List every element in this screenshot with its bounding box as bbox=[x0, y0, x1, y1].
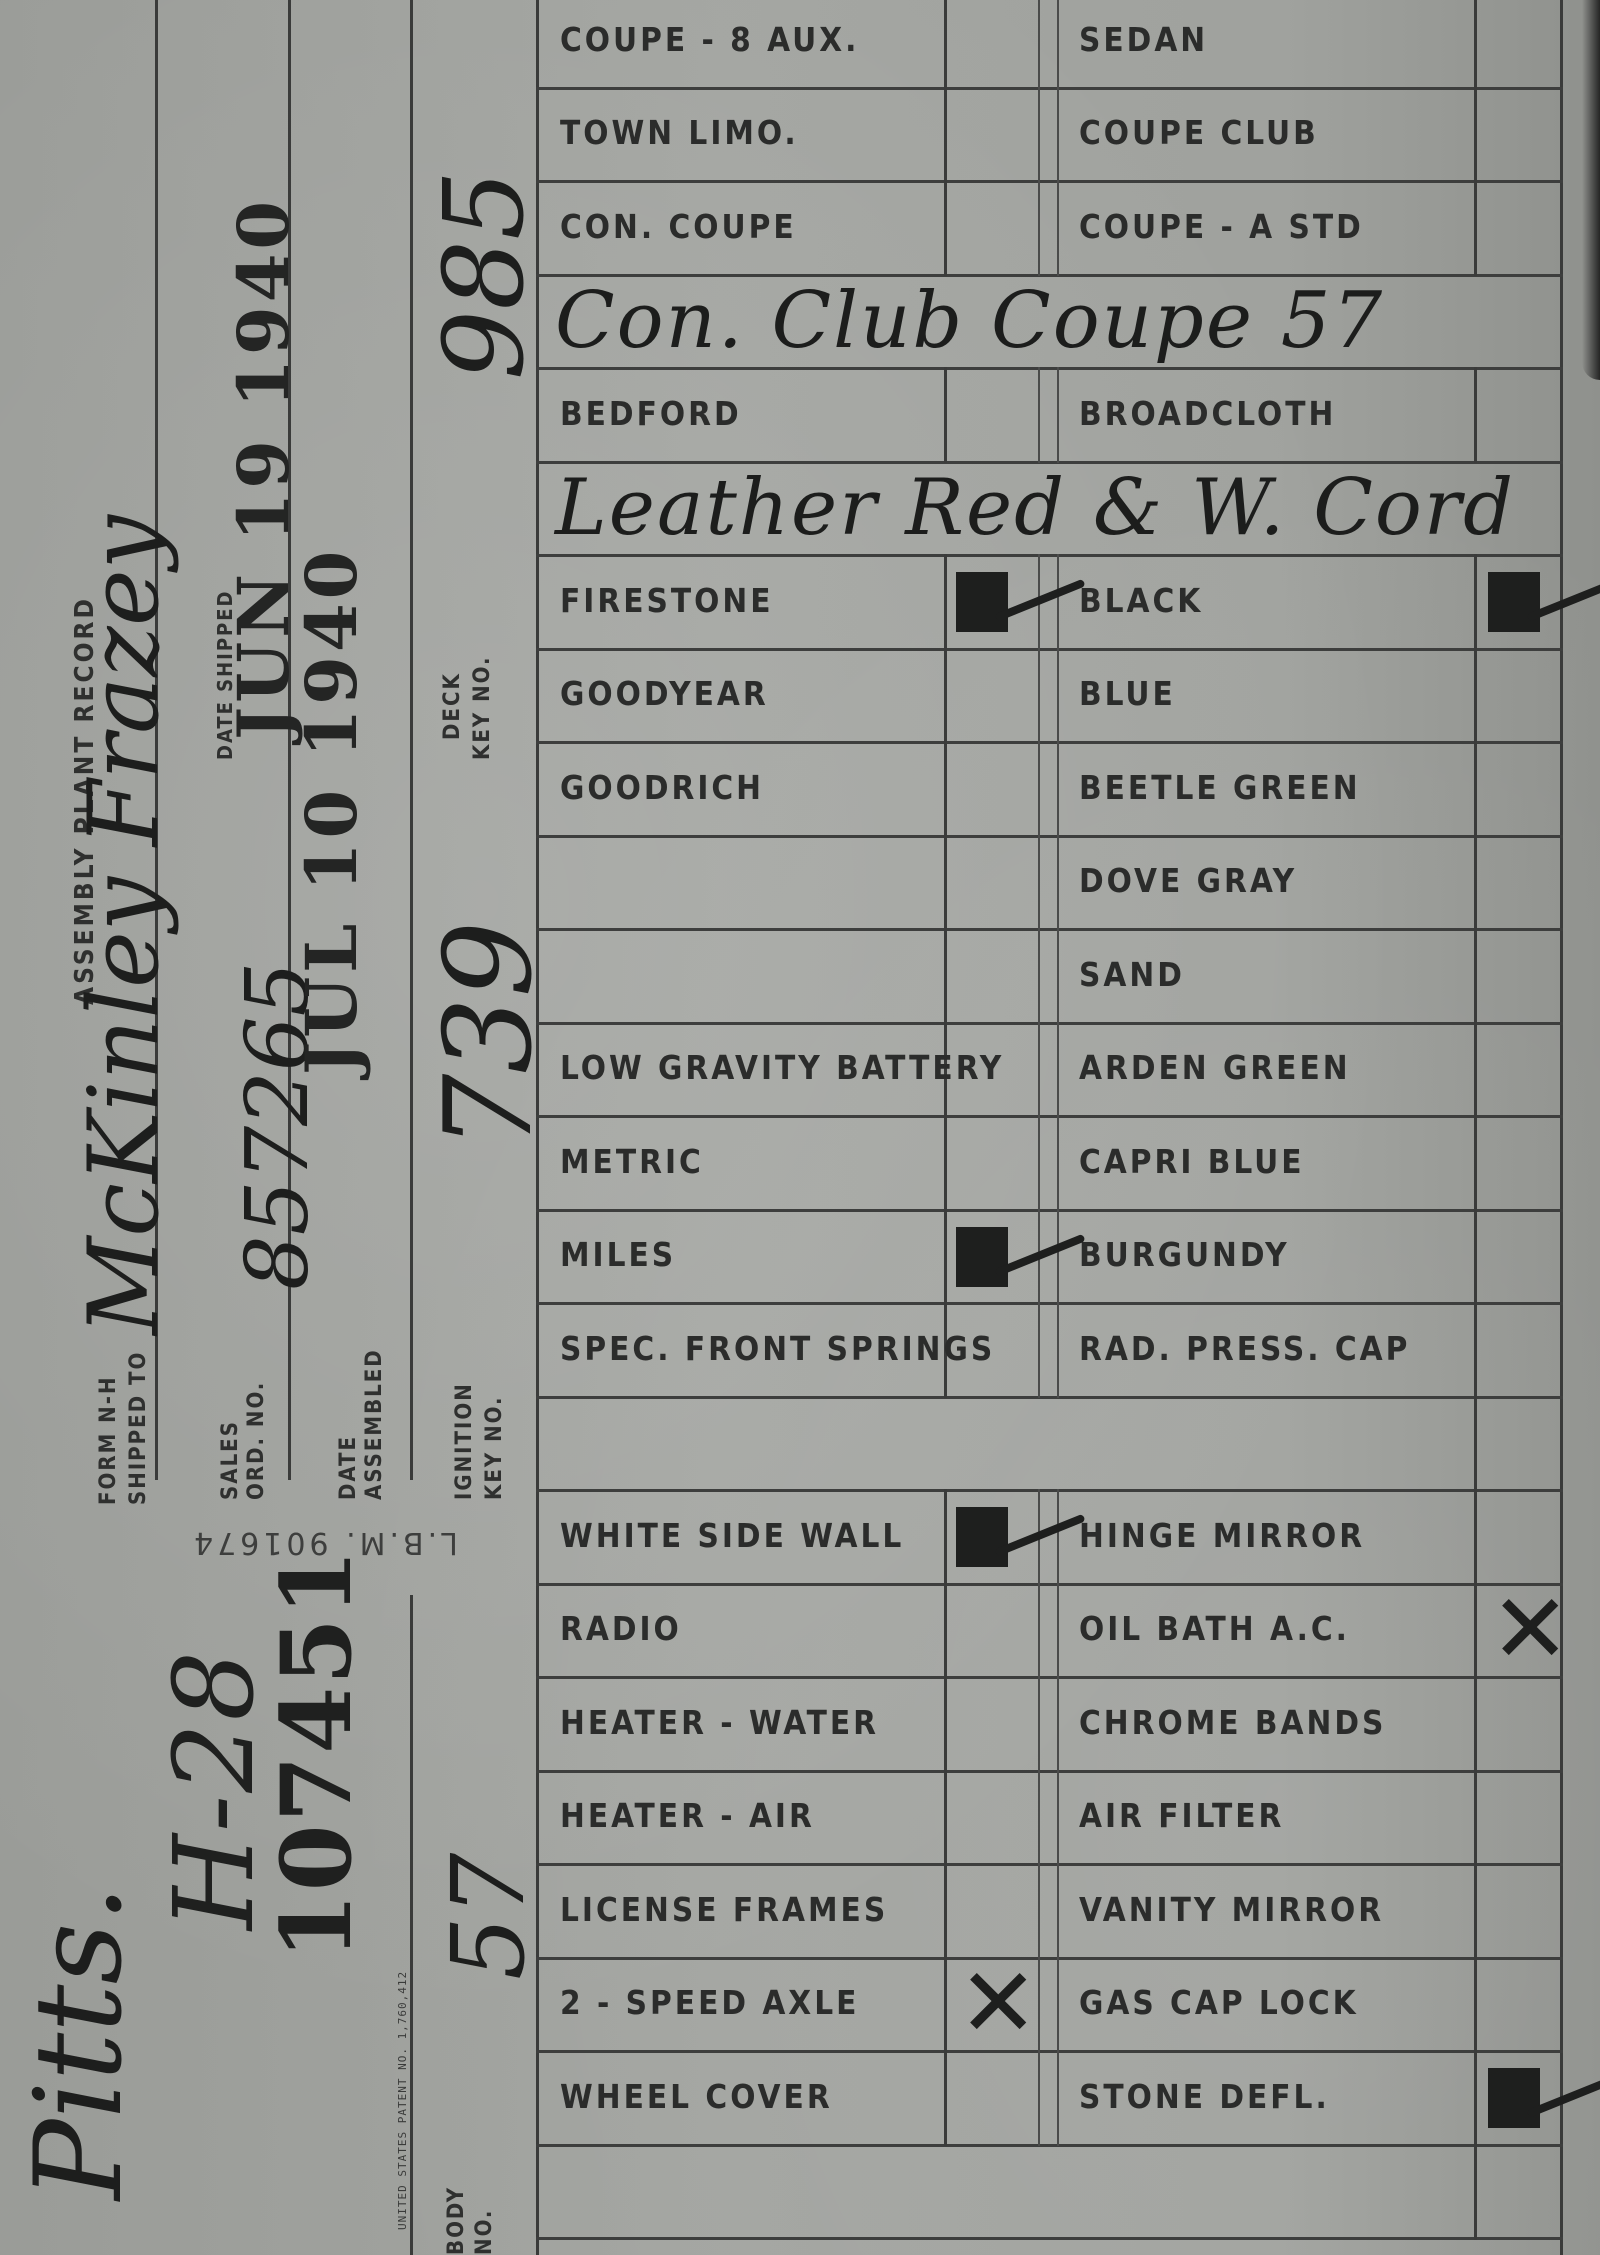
column-divider bbox=[944, 87, 947, 183]
row-divider bbox=[536, 835, 1563, 838]
inspector-signature: Pitts. bbox=[10, 1885, 149, 2200]
row-divider bbox=[536, 1115, 1563, 1118]
column-divider bbox=[1057, 554, 1059, 650]
row-divider bbox=[536, 1302, 1563, 1305]
right-checkmark-icon bbox=[1488, 2068, 1540, 2128]
row-divider bbox=[536, 1957, 1563, 1960]
row-divider bbox=[536, 1489, 1563, 1492]
option-label-left: METRIC bbox=[560, 1142, 704, 1181]
option-label-left: 2 - SPEED AXLE bbox=[560, 1983, 859, 2022]
column-divider bbox=[944, 2050, 947, 2146]
option-label-right: DOVE GRAY bbox=[1079, 861, 1297, 900]
row-divider bbox=[536, 180, 1563, 183]
column-divider bbox=[1057, 180, 1059, 276]
column-divider bbox=[1474, 2050, 1477, 2146]
column-divider bbox=[1474, 1489, 1477, 1585]
column-divider bbox=[1057, 0, 1059, 89]
column-divider bbox=[1474, 2144, 1477, 2240]
left-checkmark-icon bbox=[956, 572, 1008, 632]
column-divider bbox=[1057, 2050, 1059, 2146]
left-checkmark-tail bbox=[995, 1514, 1086, 1557]
option-label-right: BEETLE GREEN bbox=[1079, 768, 1361, 807]
column-divider bbox=[1038, 1676, 1040, 1772]
column-divider bbox=[1038, 835, 1040, 931]
option-label-left: LICENSE FRAMES bbox=[560, 1890, 888, 1929]
column-divider bbox=[1038, 87, 1040, 183]
handwritten-entry: Con. Club Coupe 57 bbox=[555, 276, 1384, 366]
row-divider bbox=[536, 648, 1563, 651]
handwritten-entry: Leather Red & W. Cord bbox=[555, 463, 1515, 553]
row-divider bbox=[536, 1770, 1563, 1773]
column-divider bbox=[1057, 1583, 1059, 1679]
option-label-left: LOW GRAVITY BATTERY bbox=[560, 1048, 1004, 1087]
row-divider bbox=[536, 1022, 1563, 1025]
body-label: BODY bbox=[444, 2186, 470, 2255]
option-label-right: GAS CAP LOCK bbox=[1079, 1983, 1359, 2022]
column-divider bbox=[1057, 1489, 1059, 1585]
option-label-left: RADIO bbox=[560, 1609, 682, 1648]
option-label-left: HEATER - AIR bbox=[560, 1796, 815, 1835]
option-label-left: CON. COUPE bbox=[560, 207, 797, 246]
column-divider bbox=[1474, 1209, 1477, 1305]
column-divider bbox=[1057, 1863, 1059, 1959]
column-divider bbox=[1057, 1022, 1059, 1118]
option-label-right: AIR FILTER bbox=[1079, 1796, 1284, 1835]
divider-line bbox=[410, 0, 413, 1480]
column-divider bbox=[1474, 648, 1477, 744]
row-divider bbox=[536, 1583, 1563, 1586]
body-no-value: 57 bbox=[430, 1853, 547, 1980]
column-divider bbox=[944, 648, 947, 744]
column-divider bbox=[1057, 87, 1059, 183]
option-label-left: GOODRICH bbox=[560, 768, 764, 807]
column-divider bbox=[1038, 0, 1040, 89]
column-divider bbox=[1057, 1770, 1059, 1866]
column-divider bbox=[1057, 1676, 1059, 1772]
option-label-left: GOODYEAR bbox=[560, 674, 769, 713]
left-checkmark-tail bbox=[995, 579, 1086, 622]
column-divider bbox=[1038, 2050, 1040, 2146]
left-x-mark-icon: ✕ bbox=[958, 1955, 1038, 2051]
column-divider bbox=[1038, 928, 1040, 1024]
column-divider bbox=[1057, 928, 1059, 1024]
column-divider bbox=[944, 180, 947, 276]
shipped-to-label: SHIPPED TO bbox=[126, 1351, 152, 1505]
column-divider bbox=[1057, 1115, 1059, 1211]
row-divider bbox=[536, 2237, 1563, 2240]
column-divider bbox=[1474, 1957, 1477, 2053]
body-no-label: NO. bbox=[472, 2209, 498, 2255]
row-divider bbox=[536, 1863, 1563, 1866]
column-divider bbox=[1057, 367, 1059, 463]
column-divider bbox=[1474, 554, 1477, 650]
option-label-left: COUPE - 8 AUX. bbox=[560, 20, 859, 59]
option-label-right: STONE DEFL. bbox=[1079, 2077, 1330, 2116]
row-divider bbox=[536, 87, 1563, 90]
row-divider bbox=[536, 1396, 1563, 1399]
ignition-label: IGNITION bbox=[452, 1382, 478, 1500]
column-divider bbox=[944, 835, 947, 931]
column-divider bbox=[944, 1770, 947, 1866]
shipped-to-value: McKinley Frazey bbox=[68, 515, 180, 1335]
assembled-label: ASSEMBLED bbox=[362, 1348, 388, 1500]
option-label-right: CHROME BANDS bbox=[1079, 1703, 1386, 1742]
deck-key-no-value: 985 bbox=[420, 170, 548, 380]
column-divider bbox=[1474, 1676, 1477, 1772]
column-divider bbox=[944, 1115, 947, 1211]
option-label-right: CAPRI BLUE bbox=[1079, 1142, 1305, 1181]
row-divider bbox=[536, 741, 1563, 744]
option-label-right: SAND bbox=[1079, 955, 1185, 994]
column-divider bbox=[1057, 835, 1059, 931]
left-checkmark-icon bbox=[956, 1227, 1008, 1287]
column-divider bbox=[1038, 741, 1040, 837]
column-divider bbox=[1474, 928, 1477, 1024]
column-divider bbox=[1038, 1302, 1040, 1398]
ignition-key-no-label: KEY NO. bbox=[482, 1395, 508, 1500]
column-divider bbox=[1038, 1863, 1040, 1959]
option-label-right: HINGE MIRROR bbox=[1079, 1516, 1365, 1555]
row-divider bbox=[536, 2050, 1563, 2053]
column-divider bbox=[1057, 741, 1059, 837]
patent-note: UNITED STATES PATENT NO. 1,760,412 bbox=[396, 1971, 409, 2230]
option-label-right: SEDAN bbox=[1079, 20, 1208, 59]
column-divider bbox=[944, 1489, 947, 1585]
option-label-right: VANITY MIRROR bbox=[1079, 1890, 1384, 1929]
column-divider bbox=[944, 741, 947, 837]
column-divider bbox=[1474, 835, 1477, 931]
column-divider bbox=[944, 1583, 947, 1679]
column-divider bbox=[944, 1957, 947, 2053]
row-divider bbox=[536, 367, 1563, 370]
deck-label: DECK bbox=[440, 672, 466, 740]
option-label-left: HEATER - WATER bbox=[560, 1703, 879, 1742]
column-divider bbox=[1474, 180, 1477, 276]
option-label-right: ARDEN GREEN bbox=[1079, 1048, 1351, 1087]
column-divider bbox=[1038, 1770, 1040, 1866]
option-label-left: BEDFORD bbox=[560, 394, 742, 433]
right-x-mark-icon: ✕ bbox=[1490, 1581, 1570, 1677]
column-divider bbox=[1474, 1863, 1477, 1959]
column-divider bbox=[944, 367, 947, 463]
option-label-left: MILES bbox=[560, 1235, 676, 1274]
key-no-label: KEY NO. bbox=[470, 655, 496, 760]
sales-ord-no-label-1: SALES bbox=[218, 1420, 244, 1500]
column-divider bbox=[1474, 1396, 1477, 1492]
left-checkmark-icon bbox=[956, 1507, 1008, 1567]
column-divider bbox=[1057, 1302, 1059, 1398]
row-divider bbox=[536, 928, 1563, 931]
column-divider bbox=[1057, 1957, 1059, 2053]
option-label-right: BLACK bbox=[1079, 581, 1203, 620]
form-number-label: FORM N-H bbox=[96, 1375, 122, 1505]
column-divider bbox=[1474, 87, 1477, 183]
option-label-right: BROADCLOTH bbox=[1079, 394, 1336, 433]
series-stamp: H-28 bbox=[150, 1649, 278, 1930]
column-divider bbox=[1474, 367, 1477, 463]
option-label-right: OIL BATH A.C. bbox=[1079, 1609, 1350, 1648]
divider-line bbox=[410, 1595, 413, 2255]
option-label-right: BURGUNDY bbox=[1079, 1235, 1290, 1274]
column-divider bbox=[1057, 648, 1059, 744]
column-divider bbox=[944, 1863, 947, 1959]
column-divider bbox=[1038, 1022, 1040, 1118]
sales-ord-no-label-2: ORD. NO. bbox=[244, 1381, 270, 1500]
option-label-left: TOWN LIMO. bbox=[560, 113, 799, 152]
column-divider bbox=[944, 554, 947, 650]
option-label-left: WHEEL COVER bbox=[560, 2077, 833, 2116]
table-border-left bbox=[536, 0, 539, 2255]
row-divider bbox=[536, 2144, 1563, 2147]
column-divider bbox=[1474, 741, 1477, 837]
option-label-left: FIRESTONE bbox=[560, 581, 773, 620]
column-divider bbox=[1474, 1302, 1477, 1398]
column-divider bbox=[944, 1676, 947, 1772]
row-divider bbox=[536, 554, 1563, 557]
table-border-right bbox=[1560, 0, 1563, 2255]
option-label-right: COUPE CLUB bbox=[1079, 113, 1319, 152]
date-assembled-value: JUL 10 1940 bbox=[290, 547, 373, 1075]
option-label-right: RAD. PRESS. CAP bbox=[1079, 1329, 1410, 1368]
column-divider bbox=[944, 0, 947, 89]
column-divider bbox=[1038, 648, 1040, 744]
column-divider bbox=[1474, 0, 1477, 89]
column-divider bbox=[1474, 1022, 1477, 1118]
column-divider bbox=[1038, 1583, 1040, 1679]
column-divider bbox=[1057, 1209, 1059, 1305]
column-divider bbox=[1038, 1115, 1040, 1211]
assembly-plant-record-card: FORM N-H SHIPPED TO ASSEMBLY PLANT RECOR… bbox=[0, 0, 1600, 2255]
row-divider bbox=[536, 1676, 1563, 1679]
column-divider bbox=[1038, 367, 1040, 463]
card-edge-shadow bbox=[1582, 0, 1600, 380]
option-label-right: BLUE bbox=[1079, 674, 1176, 713]
left-checkmark-tail bbox=[995, 1234, 1086, 1277]
option-label-left: SPEC. FRONT SPRINGS bbox=[560, 1329, 995, 1368]
column-divider bbox=[1474, 1115, 1477, 1211]
option-label-left: WHITE SIDE WALL bbox=[560, 1516, 904, 1555]
right-checkmark-icon bbox=[1488, 572, 1540, 632]
column-divider bbox=[944, 928, 947, 1024]
option-label-right: COUPE - A STD bbox=[1079, 207, 1364, 246]
column-divider bbox=[1474, 1583, 1477, 1679]
date-label: DATE bbox=[336, 1435, 362, 1500]
column-divider bbox=[1474, 1770, 1477, 1866]
column-divider bbox=[944, 1209, 947, 1305]
column-divider bbox=[1038, 180, 1040, 276]
row-divider bbox=[536, 1209, 1563, 1212]
